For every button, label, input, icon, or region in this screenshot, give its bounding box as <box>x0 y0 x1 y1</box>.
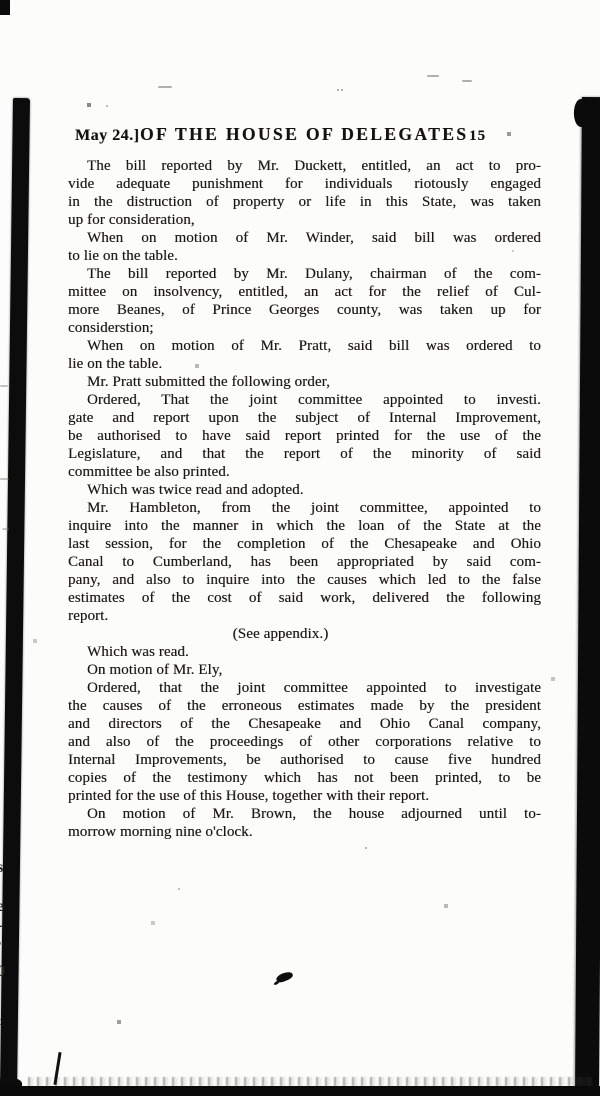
text-line: committee be also printed. <box>68 463 541 481</box>
margin-fragment: 0 <box>0 964 5 980</box>
margin-fragment: s <box>0 860 3 876</box>
text-line: mittee on insolvency, entitled, an act f… <box>68 283 541 301</box>
text-line: the causes of the erroneous estimates ma… <box>68 697 541 715</box>
text-line: considerstion; <box>68 319 541 337</box>
bottom-scan-bar <box>0 1086 600 1096</box>
text-line: Which was twice read and adopted. <box>68 481 541 499</box>
margin-fragment: e <box>0 899 4 915</box>
text-line: pany, and also to inquire into the cause… <box>68 571 541 589</box>
text-line: to lie on the table. <box>68 247 541 265</box>
paragraph: When on motion of Mr. Pratt, said bill w… <box>68 337 541 373</box>
text-line: vide adequate punishment for individuals… <box>68 175 541 193</box>
text-line: The bill reported by Mr. Dulany, chairma… <box>68 265 541 283</box>
left-binding-bar <box>0 98 30 1090</box>
text-line: morrow morning nine o'clock. <box>68 823 541 841</box>
text-line: Canal to Cumberland, has been appropriat… <box>68 553 541 571</box>
text-line: lie on the table. <box>68 355 541 373</box>
text-line: printed for the use of this House, toget… <box>68 787 541 805</box>
text-line: gate and report upon the subject of Inte… <box>68 409 541 427</box>
paper-specks <box>0 0 2 2</box>
text-line: report. <box>68 607 541 625</box>
scan-dash-mark <box>427 75 439 77</box>
text-line: estimates of the cost of said work, deli… <box>68 589 541 607</box>
text-line: Ordered, that the joint committee appoin… <box>68 679 541 697</box>
paragraph: The bill reported by Mr. Duckett, entitl… <box>68 157 541 229</box>
text-line: more Beanes, of Prince Georges county, w… <box>68 301 541 319</box>
text-line: copies of the testimony which has not be… <box>68 769 541 787</box>
text-line: On motion of Mr. Ely, <box>68 661 541 679</box>
paragraph: Ordered, That the joint committee appoin… <box>68 391 541 481</box>
paragraph: Which was read. <box>68 643 541 661</box>
header-date: May 24.] <box>68 127 139 145</box>
text-line: up for consideration, <box>68 211 541 229</box>
bottom-smudge <box>28 1077 592 1086</box>
text-line: (See appendix.) <box>68 625 541 643</box>
scan-dash-mark <box>462 80 472 82</box>
text-line: and directors of the Chesapeake and Ohio… <box>68 715 541 733</box>
margin-fragment: , <box>0 930 1 947</box>
margin-fragment: t <box>0 1015 1 1027</box>
document-body: The bill reported by Mr. Duckett, entitl… <box>68 157 541 841</box>
scanned-document-page: se-,0t May 24.] OF THE HOUSE OF DELEGATE… <box>0 0 600 1096</box>
text-line: When on motion of Mr. Winder, said bill … <box>68 229 541 247</box>
paragraph: Mr. Pratt submitted the following order, <box>68 373 541 391</box>
text-line: The bill reported by Mr. Duckett, entitl… <box>68 157 541 175</box>
text-line: in the distruction of property or life i… <box>68 193 541 211</box>
text-line: Which was read. <box>68 643 541 661</box>
pen-mark <box>275 970 294 984</box>
text-line: inquire into the manner in which the loa… <box>68 517 541 535</box>
scan-dash-mark <box>0 478 9 480</box>
paragraph: Ordered, that the joint committee appoin… <box>68 679 541 805</box>
corner-ink-mark <box>0 0 10 15</box>
header-page-number: 15 <box>469 128 541 145</box>
paragraph: On motion of Mr. Brown, the house adjour… <box>68 805 541 841</box>
paragraph: On motion of Mr. Ely, <box>68 661 541 679</box>
paragraph: Mr. Hambleton, from the joint committee,… <box>68 499 541 625</box>
scan-dash-mark <box>158 86 172 88</box>
scan-dash-mark <box>0 385 8 387</box>
text-line: last session, for the completion of the … <box>68 535 541 553</box>
text-line: On motion of Mr. Brown, the house adjour… <box>68 805 541 823</box>
appendix-note: (See appendix.) <box>68 625 541 643</box>
text-line: Mr. Hambleton, from the joint committee,… <box>68 499 541 517</box>
paragraph: When on motion of Mr. Winder, said bill … <box>68 229 541 265</box>
page-header: May 24.] OF THE HOUSE OF DELEGATES 15 <box>68 124 541 145</box>
text-line: Legislature, and that the report of the … <box>68 445 541 463</box>
text-line: be authorised to have said report printe… <box>68 427 541 445</box>
right-binding-bar <box>575 97 600 1096</box>
paragraph: The bill reported by Mr. Dulany, chairma… <box>68 265 541 337</box>
text-line: and also of the proceedings of other cor… <box>68 733 541 751</box>
text-line: Internal Improvements, be authorised to … <box>68 751 541 769</box>
header-title: OF THE HOUSE OF DELEGATES <box>139 124 469 145</box>
scan-dash-mark <box>2 528 9 530</box>
text-line: Mr. Pratt submitted the following order, <box>68 373 541 391</box>
text-line: When on motion of Mr. Pratt, said bill w… <box>68 337 541 355</box>
paragraph: Which was twice read and adopted. <box>68 481 541 499</box>
text-line: Ordered, That the joint committee appoin… <box>68 391 541 409</box>
